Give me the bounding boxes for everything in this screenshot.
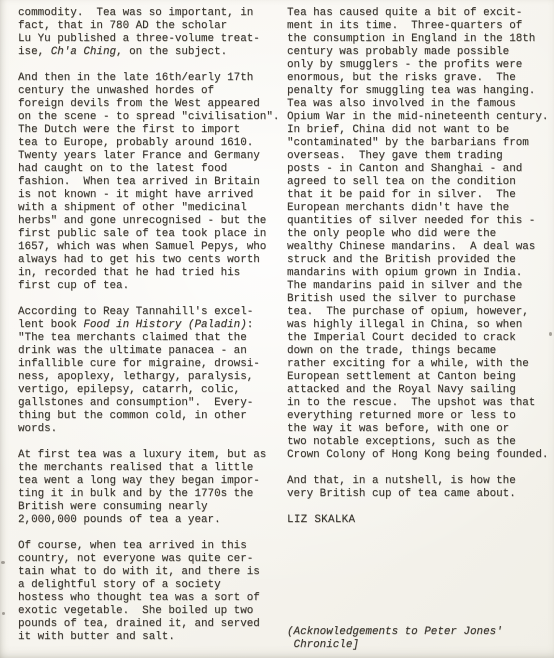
para-tea-reaches-europe: And then in the late 16th/early 17th cen… xyxy=(18,72,281,293)
scanned-article-page: commodity. Tea was so important, in fact… xyxy=(0,0,554,658)
right-column: Tea has caused quite a bit of excit- men… xyxy=(287,7,550,658)
para-in-a-nutshell: And that, in a nutshell, is how the very… xyxy=(287,475,550,501)
book-title-food-in-history: Food in History (Paladin) xyxy=(83,319,246,331)
para-society-hostess: Of course, when tea arrived in this coun… xyxy=(18,540,281,644)
para-text: : "The tea merchants claimed that the dr… xyxy=(18,319,260,435)
para-lu-yu-treatise: commodity. Tea was so important, in fact… xyxy=(18,7,281,59)
para-smuggling-opium-war: Tea has caused quite a bit of excit- men… xyxy=(287,7,550,462)
para-text: , on the subject. xyxy=(116,46,227,58)
byline-author: LIZ SKALKA xyxy=(287,514,550,527)
para-luxury-item: At first tea was a luxury item, but as t… xyxy=(18,449,281,527)
left-column: commodity. Tea was so important, in fact… xyxy=(18,7,281,658)
book-title-cha-ching: Ch'a Ching xyxy=(51,46,116,58)
scan-speck xyxy=(1,561,5,564)
para-tannahill-quote: According to Reay Tannahill's excel- len… xyxy=(18,306,281,436)
acknowledgement-note: (Acknowledgements to Peter Jones' Chroni… xyxy=(287,626,550,652)
scan-speck xyxy=(2,612,5,615)
scan-speck xyxy=(549,332,552,336)
